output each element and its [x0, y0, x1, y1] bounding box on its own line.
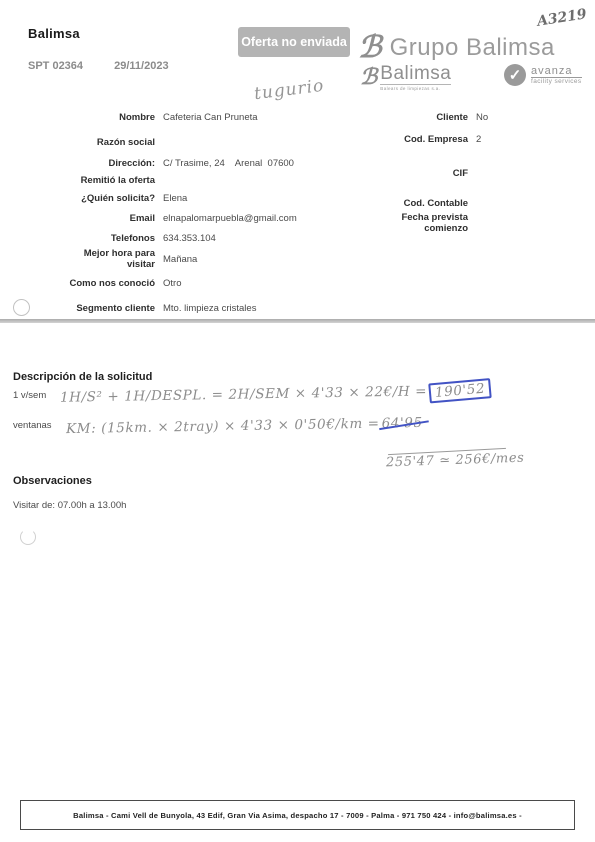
- scanned-offer-document: Balimsa SPT 02364 29/11/2023 Oferta no e…: [0, 0, 595, 842]
- field-label: Nombre: [55, 112, 155, 123]
- field-label: Cod. Empresa: [388, 134, 468, 145]
- grupo-balimsa-logo: ℬ Grupo Balimsa: [358, 30, 555, 65]
- field-value: C/ Trasime, 24 Arenal 07600: [163, 158, 294, 169]
- punch-hole-mark: [20, 529, 36, 545]
- field-row-telefonos: Telefonos 634.353.104: [55, 233, 216, 244]
- field-label: Mejor hora para visitar: [55, 248, 155, 270]
- handwritten-code: A3219: [536, 6, 588, 30]
- footer-address-bar: Balimsa - Cami Vell de Bunyola, 43 Edif,…: [20, 800, 575, 830]
- field-value: Mañana: [163, 254, 197, 265]
- handwritten-calc-text: 1H/S² + 1H/DESPL. = 2H/SEM × 4'33 × 22€/…: [60, 383, 427, 405]
- offer-reference: SPT 02364: [28, 60, 83, 72]
- observations-text: Visitar de: 07.00h a 13.00h: [13, 500, 126, 511]
- field-row-cliente: Cliente No: [388, 112, 488, 123]
- field-row-mejor-hora: Mejor hora para visitar Mañana: [55, 248, 197, 270]
- handwritten-result-boxed: 190'52: [428, 378, 492, 403]
- avanza-logo-subtitle: facility services: [531, 78, 582, 85]
- field-label: ¿Quién solicita?: [55, 193, 155, 204]
- field-label: CIF: [388, 168, 468, 179]
- field-label: Dirección:: [55, 158, 155, 169]
- field-row-cod-empresa: Cod. Empresa 2: [388, 134, 481, 145]
- balimsa-logo-text: Balimsa: [380, 64, 451, 84]
- field-label: Cod. Contable: [388, 198, 468, 209]
- field-value: 634.353.104: [163, 233, 216, 244]
- field-row-quien-solicita: ¿Quién solicita? Elena: [55, 193, 187, 204]
- field-row-como-nos-conocio: Como nos conoció Otro: [55, 278, 181, 289]
- field-row-segmento-cliente: Segmento cliente Mto. limpieza cristales: [55, 303, 256, 314]
- handwritten-result-struck: 64'95: [381, 415, 422, 432]
- status-badge: Oferta no enviada: [238, 27, 350, 57]
- field-label: Fecha prevista comienzo: [388, 212, 468, 234]
- request-section-heading: Descripción de la solicitud: [13, 371, 152, 383]
- field-row-nombre: Nombre Cafeteria Can Pruneta: [55, 112, 258, 123]
- field-row-email: Email elnapalomarpuebla@gmail.com: [55, 213, 297, 224]
- windows-label: ventanas: [13, 420, 52, 431]
- company-name: Balimsa: [28, 26, 80, 41]
- field-row-remitio-oferta: Remitió la oferta: [55, 175, 163, 186]
- offer-date: 29/11/2023: [114, 60, 168, 72]
- field-label: Razón social: [55, 137, 155, 148]
- field-value: No: [476, 112, 488, 123]
- avanza-check-icon: ✓: [504, 64, 526, 86]
- field-value: Elena: [163, 193, 187, 204]
- field-row-cif: CIF: [388, 168, 476, 179]
- field-value: Mto. limpieza cristales: [163, 303, 256, 314]
- frequency-label: 1 v/sem: [13, 390, 46, 401]
- reference-line: SPT 02364 29/11/2023: [28, 60, 169, 72]
- field-row-cod-contable: Cod. Contable: [388, 198, 476, 209]
- avanza-logo: ✓ avanza facility services: [504, 64, 582, 86]
- field-row-direccion: Dirección: C/ Trasime, 24 Arenal 07600: [55, 158, 294, 169]
- balimsa-logo-subtitle: Balears de limpiezas s.a.: [380, 84, 451, 91]
- balimsa-b-icon: ℬ: [360, 64, 377, 90]
- field-label: Telefonos: [55, 233, 155, 244]
- handwritten-calc-line1: 1H/S² + 1H/DESPL. = 2H/SEM × 4'33 × 22€/…: [60, 380, 492, 408]
- field-label: Como nos conoció: [55, 278, 155, 289]
- field-label: Segmento cliente: [55, 303, 155, 314]
- balimsa-logo: ℬ Balimsa Balears de limpiezas s.a.: [360, 64, 451, 91]
- field-value: Cafeteria Can Pruneta: [163, 112, 258, 123]
- handwritten-calc-text: KM: (15km. × 2tray) × 4'33 × 0'50€/km =: [66, 416, 380, 437]
- field-label: Remitió la oferta: [55, 175, 155, 186]
- observations-heading: Observaciones: [13, 475, 92, 487]
- field-row-fecha-prevista: Fecha prevista comienzo: [388, 212, 476, 234]
- field-label: Cliente: [388, 112, 468, 123]
- field-label: Email: [55, 213, 155, 224]
- punch-hole-mark: [13, 299, 30, 316]
- footer-text: Balimsa - Cami Vell de Bunyola, 43 Edif,…: [73, 811, 522, 820]
- field-value: Otro: [163, 278, 181, 289]
- handwritten-note: tugurio: [253, 76, 325, 104]
- field-value: elnapalomarpuebla@gmail.com: [163, 213, 297, 224]
- balimsa-b-icon: ℬ: [358, 30, 382, 65]
- avanza-logo-text: avanza: [531, 65, 582, 78]
- field-value: 2: [476, 134, 481, 145]
- scan-divider-band: [0, 319, 595, 323]
- grupo-balimsa-logo-text: Grupo Balimsa: [390, 34, 555, 62]
- field-row-razon-social: Razón social: [55, 137, 163, 148]
- handwritten-calc-line2: KM: (15km. × 2tray) × 4'33 × 0'50€/km =6…: [66, 415, 423, 437]
